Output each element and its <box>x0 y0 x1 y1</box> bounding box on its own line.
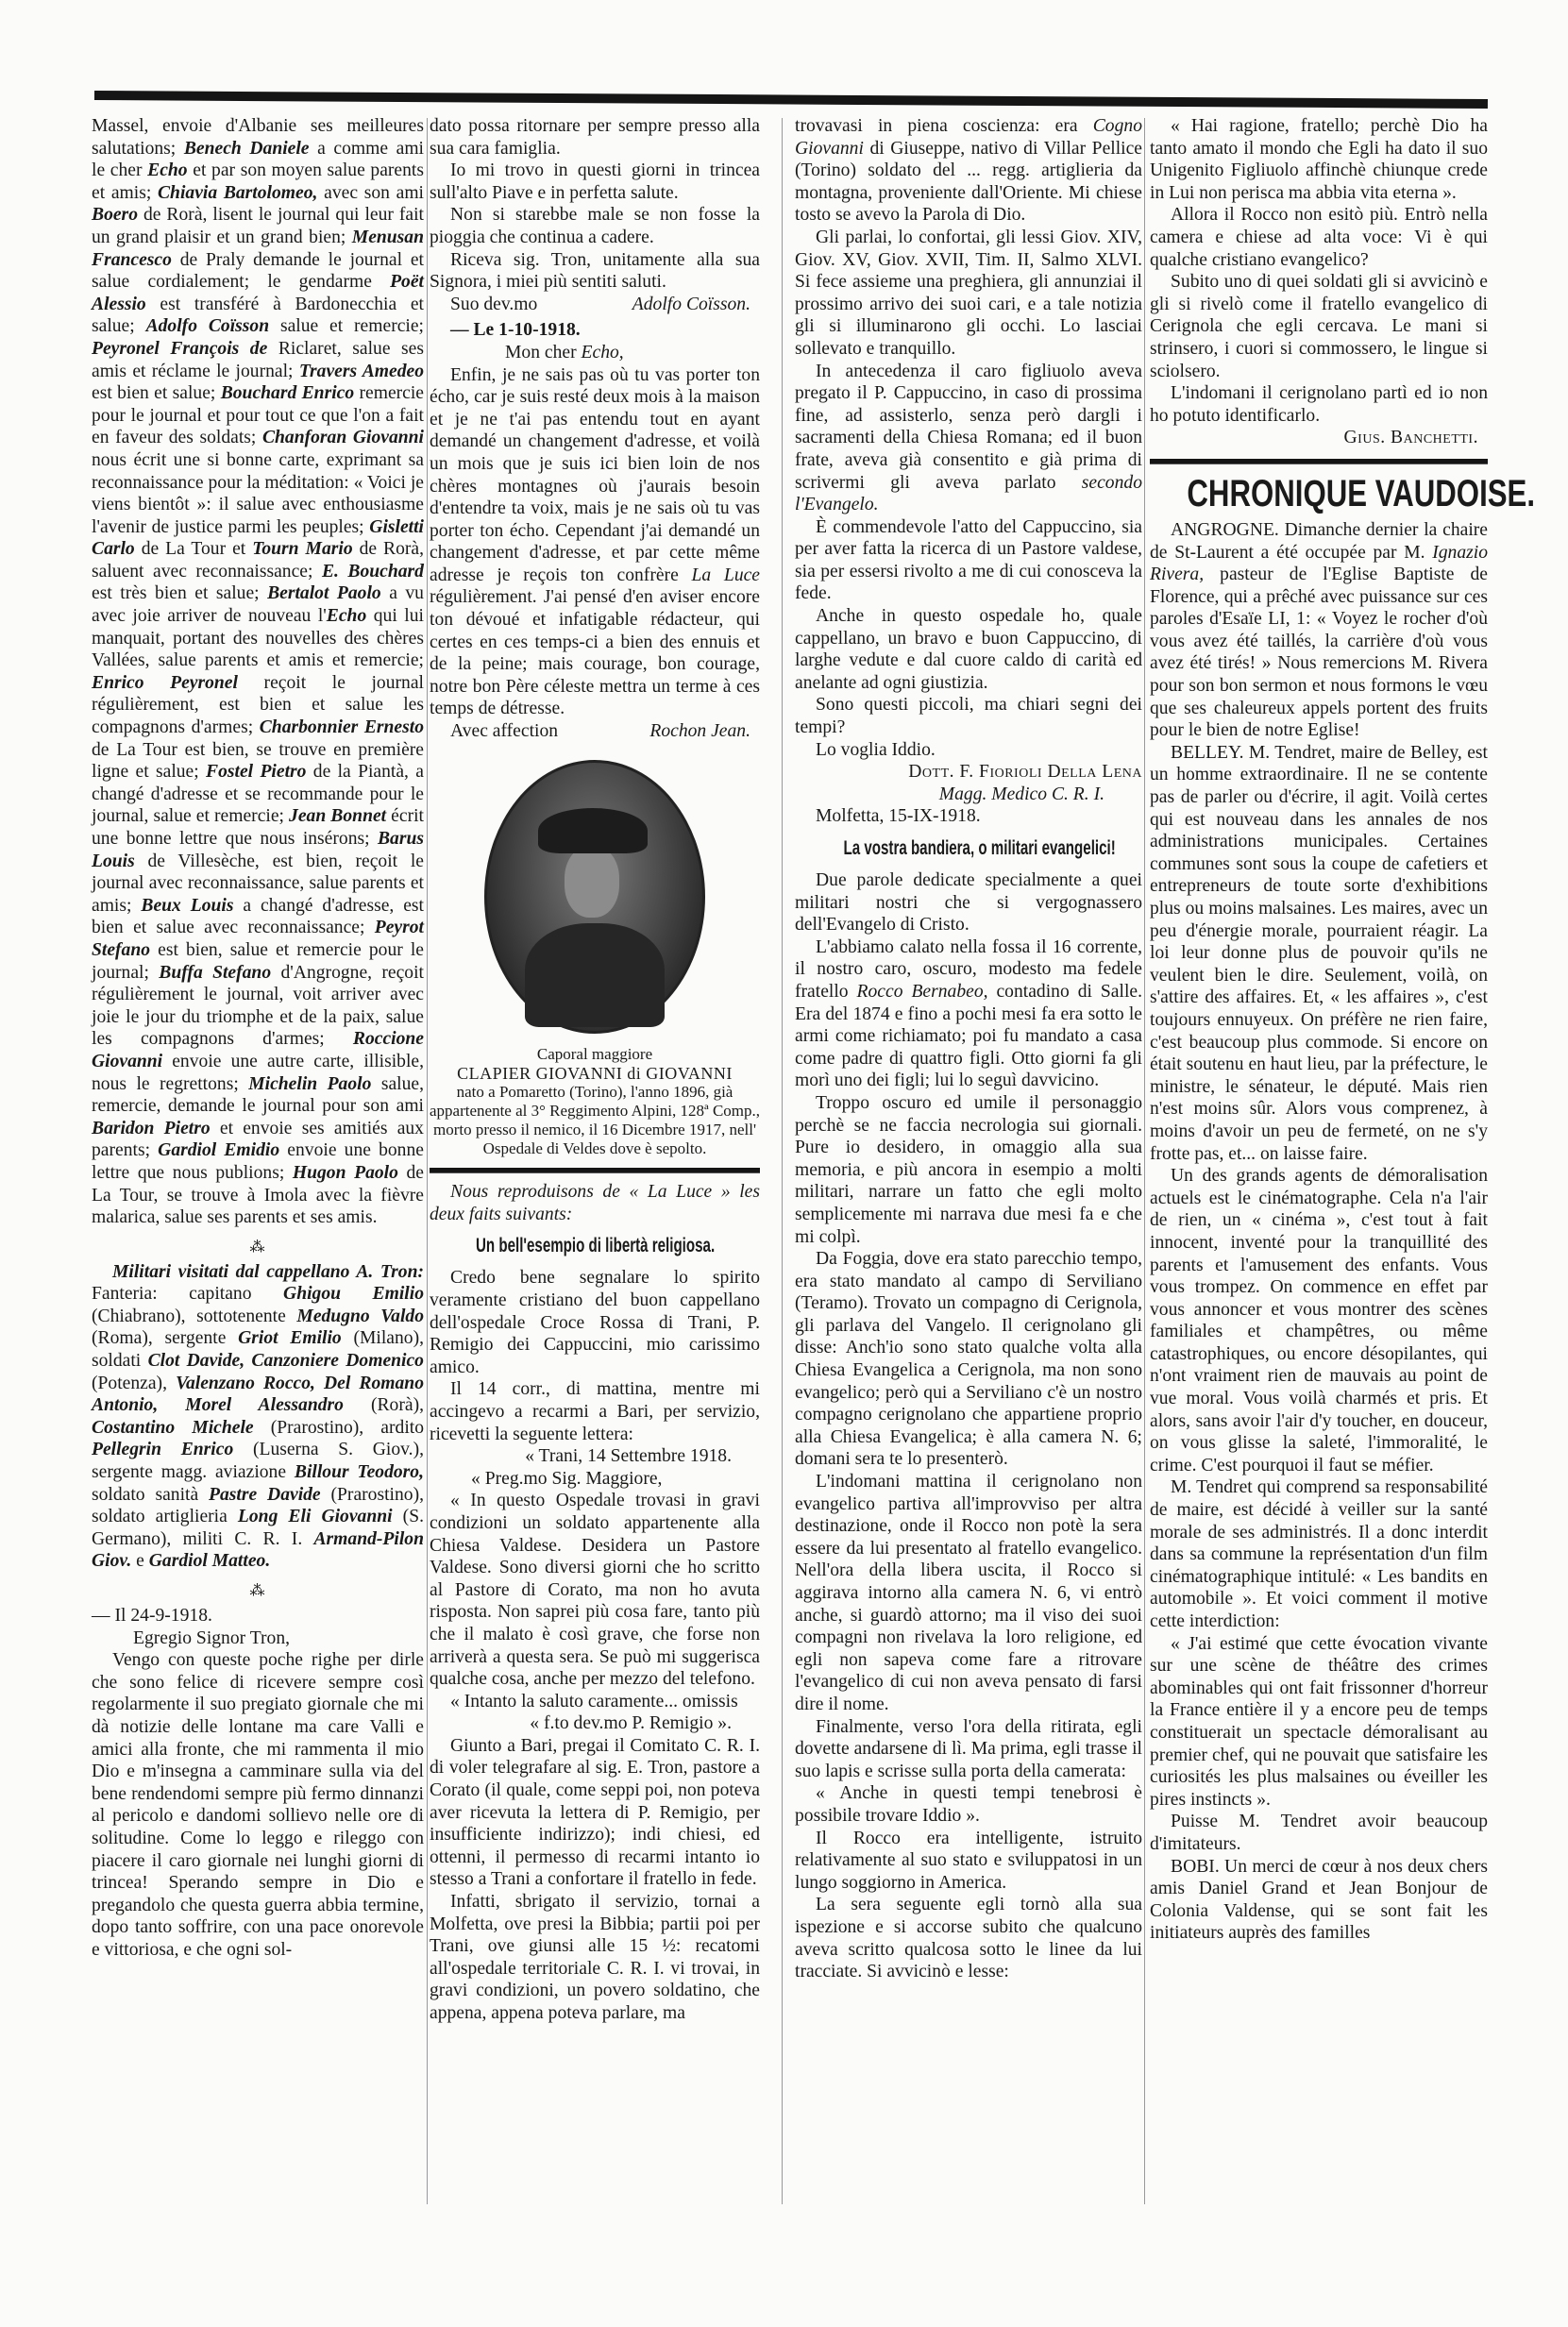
soldier-portrait-image <box>484 760 705 1034</box>
article-paragraph: Gli parlai, lo confortai, gli lessi Giov… <box>795 227 1142 361</box>
military-visits-paragraph: Militari visitati dal cappellano A. Tron… <box>92 1261 424 1573</box>
article-paragraph: L'indomani mattina il cerignolano non ev… <box>795 1471 1142 1716</box>
quoted-date: « Trani, 14 Settembre 1918. <box>430 1445 760 1468</box>
column-divider <box>782 118 783 2204</box>
asterism-icon: ⁂ <box>92 1239 424 1257</box>
quoted-inscription: « Anche in questi tempi tenebrosi è poss… <box>795 1782 1142 1827</box>
article-paragraph: Due parole dedicate specialmente a quei … <box>795 869 1142 936</box>
portrait-photo <box>430 760 760 1040</box>
author-signature: Dott. F. Fiorioli Della Lena <box>795 761 1142 784</box>
article-headline: La vostra bandiera, o militari evangelic… <box>844 835 1094 862</box>
quoted-closing: « Intanto la saluto caramente... omissis <box>430 1691 760 1713</box>
caption-name: CLAPIER GIOVANNI di GIOVANNI <box>430 1064 760 1083</box>
article-paragraph: Allora il Rocco non esitò più. Entrò nel… <box>1150 204 1488 271</box>
caption-body: nato a Pomaretto (Torino), l'anno 1896, … <box>430 1083 760 1158</box>
chronicle-bobi: BOBI. Un merci de cœur à nos deux chers … <box>1150 1856 1488 1945</box>
article-continuation: trovavasi in piena coscienza: era Cogno … <box>795 115 1142 227</box>
article-paragraph: Da Foggia, dove era stato parecchio temp… <box>795 1248 1142 1471</box>
letter-signature: Suo dev.moAdolfo Coïsson. <box>430 294 760 316</box>
letter-continuation: dato possa ritornare per sempre presso a… <box>430 115 760 160</box>
article-paragraph: Anche in questo ospedale ho, quale cappe… <box>795 605 1142 694</box>
author-signature: Gius. Banchetti. <box>1150 427 1488 449</box>
letter-paragraph: Io mi trovo in questi giorni in trincea … <box>430 160 760 204</box>
chronicle-paragraph: Un des grands agents de démoralisation a… <box>1150 1165 1488 1476</box>
article-paragraph: Finalmente, verso l'ora della ritirata, … <box>795 1716 1142 1783</box>
article-paragraph: In antecedenza il caro figliuolo aveva p… <box>795 361 1142 516</box>
column-1: Massel, envoie d'Albanie ses meilleures … <box>92 115 424 1962</box>
letter-date: — Il 24-9-1918. <box>92 1605 424 1627</box>
quoted-letter: « In questo Ospedale trovasi in gravi co… <box>430 1490 760 1690</box>
chronicle-belley: BELLEY. M. Tendret, maire de Belley, est… <box>1150 742 1488 1165</box>
chronicle-angrogne: ANGROGNE. Dimanche dernier la chaire de … <box>1150 519 1488 742</box>
article-paragraph: Il Rocco era intelligente, istruito rela… <box>795 1828 1142 1895</box>
letter2-date: — Le 1-10-1918. <box>430 319 760 342</box>
quoted-signature: « f.to dev.mo P. Remigio ». <box>430 1712 760 1735</box>
chronicle-paragraph: M. Tendret qui comprend sa responsabilit… <box>1150 1476 1488 1632</box>
column-2: dato possa ritornare per sempre presso a… <box>430 115 760 2025</box>
letter-paragraph: Non si starebbe male se non fosse la pio… <box>430 204 760 248</box>
article-paragraph: L'abbiamo calato nella fossa il 16 corre… <box>795 936 1142 1092</box>
letter2-signature: Avec affectionRochon Jean. <box>430 720 760 743</box>
article-paragraph: Lo voglia Iddio. <box>795 739 1142 762</box>
asterism-icon: ⁂ <box>92 1582 424 1601</box>
article-paragraph: Sono questi piccoli, ma chiari segni dei… <box>795 694 1142 738</box>
caption-rank: Caporal maggiore <box>430 1045 760 1064</box>
section-title: CHRONIQUE VAUDOISE. <box>1187 472 1450 515</box>
quoted-reply: « Hai ragione, fratello; perchè Dio ha t… <box>1150 115 1488 204</box>
column-4: « Hai ragione, fratello; perchè Dio ha t… <box>1150 115 1488 1945</box>
soldier-news-paragraph: Massel, envoie d'Albanie ses meilleures … <box>92 115 424 1229</box>
section-rule <box>1150 459 1488 464</box>
article-paragraph: Il 14 corr., di mattina, mentre mi accin… <box>430 1378 760 1445</box>
article-paragraph: È commendevole l'atto del Cappuccino, si… <box>795 516 1142 605</box>
article-paragraph: Giunto a Bari, pregai il Comitato C. R. … <box>430 1735 760 1891</box>
letter-paragraph: Riceva sig. Tron, unitamente alla sua Si… <box>430 249 760 294</box>
section-rule <box>430 1168 760 1173</box>
article-paragraph: Credo bene segnalare lo spirito verament… <box>430 1267 760 1378</box>
header-rule <box>94 91 1488 109</box>
portrait-caption: Caporal maggiore CLAPIER GIOVANNI di GIO… <box>430 1045 760 1158</box>
author-title: Magg. Medico C. R. I. <box>795 784 1142 806</box>
article-paragraph: Infatti, sbrigato il servizio, tornai a … <box>430 1891 760 2025</box>
column-divider <box>427 118 428 2204</box>
chronicle-paragraph: Puisse M. Tendret avoir beaucoup d'imita… <box>1150 1811 1488 1855</box>
article-paragraph: La sera seguente egli tornò alla sua isp… <box>795 1894 1142 1982</box>
article-paragraph: Troppo oscuro ed umile il personaggio pe… <box>795 1092 1142 1248</box>
letter2-body: Enfin, je ne sais pas où tu vas porter t… <box>430 364 760 721</box>
letter-body: Vengo con queste poche righe per dirle c… <box>92 1649 424 1961</box>
intro-note: Nous reproduisons de « La Luce » les deu… <box>430 1181 760 1225</box>
article-paragraph: L'indomani il cerignolano partì ed io no… <box>1150 382 1488 427</box>
quoted-salutation: « Preg.mo Sig. Maggiore, <box>430 1468 760 1491</box>
column-divider <box>1144 118 1145 2204</box>
column-3: trovavasi in piena coscienza: era Cogno … <box>795 115 1142 1983</box>
letter-salutation: Egregio Signor Tron, <box>92 1627 424 1650</box>
letter2-salutation: Mon cher Echo, <box>430 342 760 364</box>
article-headline: Un bell'esempio di libertà religiosa. <box>476 1233 714 1259</box>
signature-place-date: Molfetta, 15-IX-1918. <box>795 805 1142 828</box>
article-paragraph: Subito uno di quei soldati gli si avvici… <box>1150 271 1488 382</box>
chronicle-quote: « J'ai estimé que cette évocation vivant… <box>1150 1633 1488 1812</box>
